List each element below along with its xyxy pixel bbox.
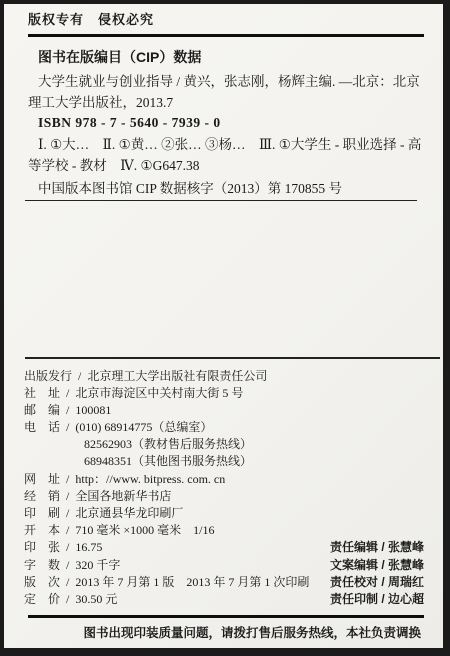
pub-label: 印 张 (24, 539, 60, 556)
pub-value: 2013 年 7 月第 1 版 2013 年 7 月第 1 次印刷 (75, 574, 309, 591)
pub-row-distribution: 经 销/全国各地新华书店 (24, 488, 424, 505)
staff-credit-proofreader: 责任校对 / 周瑞红 (330, 574, 424, 591)
staff-credit-copy-editor: 文案编辑 / 张慧峰 (330, 557, 424, 574)
pub-label: 印 刷 (24, 505, 60, 522)
pub-value: 710 毫米 ×1000 毫米 1/16 (75, 522, 214, 539)
label-separator: / (60, 402, 75, 419)
cip-title: 图书在版编目（CIP）数据 (28, 48, 425, 66)
pub-row-publisher: 出版发行/北京理工大学出版社有限责任公司 (24, 368, 424, 385)
pub-row-sheets: 印 张/16.75 责任编辑 / 张慧峰 (24, 539, 424, 556)
quality-service-note: 图书出现印装质量问题，请拨打售后服务热线，本社负责调换 (4, 625, 421, 641)
pub-value: (010) 68914775（总编室） (75, 419, 212, 436)
pub-row-wordcount: 字 数/320 千字 文案编辑 / 张慧峰 (24, 557, 424, 574)
pub-label: 定 价 (24, 591, 60, 608)
publication-details: 出版发行/北京理工大学出版社有限责任公司 社 址/北京市海淀区中关村南大街 5 … (24, 368, 424, 609)
label-separator: / (60, 419, 75, 436)
label-separator: / (60, 488, 75, 505)
label-separator: / (60, 522, 75, 539)
blank-space (4, 201, 443, 357)
pub-label: 版 次 (24, 574, 60, 591)
pub-row-phone: 电 话/(010) 68914775（总编室） (24, 419, 424, 436)
label-separator: / (60, 557, 75, 574)
pub-value: 30.50 元 (75, 591, 117, 608)
pub-value: 82562903（教材售后服务热线） (24, 436, 252, 453)
staff-credit-print-supervisor: 责任印制 / 边心超 (330, 591, 424, 608)
pub-row-website: 网 址/http：//www. bitpress. com. cn (24, 471, 424, 488)
pub-row-price: 定 价/30.50 元 责任印制 / 边心超 (24, 591, 424, 608)
pub-label: 出版发行 (24, 368, 72, 385)
top-rule (28, 34, 424, 37)
pub-value: 100081 (75, 402, 111, 419)
pub-value: 北京理工大学出版社有限责任公司 (87, 368, 267, 385)
page: 版权专有 侵权必究 图书在版编目（CIP）数据 大学生就业与创业指导 / 黄兴，… (4, 4, 443, 648)
pub-row-phone-3: 68948351（其他图书服务热线） (24, 453, 424, 470)
pub-row-format: 开 本/710 毫米 ×1000 毫米 1/16 (24, 522, 424, 539)
pub-label: 网 址 (24, 471, 60, 488)
copyright-notice: 版权专有 侵权必究 (28, 12, 443, 28)
pub-value: 北京市海淀区中关村南大街 5 号 (75, 385, 243, 402)
pub-value: http：//www. bitpress. com. cn (75, 471, 225, 488)
pub-label: 开 本 (24, 522, 60, 539)
pub-label: 社 址 (24, 385, 60, 402)
staff-credit-executive-editor: 责任编辑 / 张慧峰 (330, 539, 424, 556)
pub-value: 320 千字 (75, 557, 120, 574)
pub-row-phone-2: 82562903（教材售后服务热线） (24, 436, 424, 453)
cip-classification: Ⅰ. ①大… Ⅱ. ①黄… ②张… ③杨… Ⅲ. ①大学生 - 职业选择 - 高… (28, 134, 425, 177)
cip-registration: 中国版本图书馆 CIP 数据核字（2013）第 170855 号 (28, 180, 425, 197)
pub-value: 北京通县华龙印刷厂 (75, 505, 183, 522)
pub-row-edition: 版 次/2013 年 7 月第 1 版 2013 年 7 月第 1 次印刷 责任… (24, 574, 424, 591)
pub-value: 68948351（其他图书服务热线） (24, 453, 252, 470)
label-separator: / (72, 368, 87, 385)
pub-label: 邮 编 (24, 402, 60, 419)
label-separator: / (60, 505, 75, 522)
pub-row-address: 社 址/北京市海淀区中关村南大街 5 号 (24, 385, 424, 402)
pub-row-printer: 印 刷/北京通县华龙印刷厂 (24, 505, 424, 522)
colophon-top-rule (25, 357, 440, 359)
cip-description: 大学生就业与创业指导 / 黄兴，张志刚，杨辉主编. —北京：北京理工大学出版社，… (28, 71, 425, 113)
pub-value: 16.75 (75, 539, 102, 556)
pub-label: 字 数 (24, 557, 60, 574)
pub-label: 经 销 (24, 488, 60, 505)
label-separator: / (60, 574, 75, 591)
label-separator: / (60, 471, 75, 488)
pub-row-postcode: 邮 编/100081 (24, 402, 424, 419)
cip-block: 图书在版编目（CIP）数据 大学生就业与创业指导 / 黄兴，张志刚，杨辉主编. … (28, 48, 425, 197)
label-separator: / (60, 591, 75, 608)
scanned-book-copyright-page: { "page": { "copyright_notice": "版权专有 侵权… (0, 0, 450, 656)
label-separator: / (60, 539, 75, 556)
pub-label: 电 话 (24, 419, 60, 436)
pub-value: 全国各地新华书店 (75, 488, 171, 505)
label-separator: / (60, 385, 75, 402)
isbn-line: ISBN 978 - 7 - 5640 - 7939 - 0 (28, 114, 425, 131)
bottom-rule (28, 615, 424, 618)
